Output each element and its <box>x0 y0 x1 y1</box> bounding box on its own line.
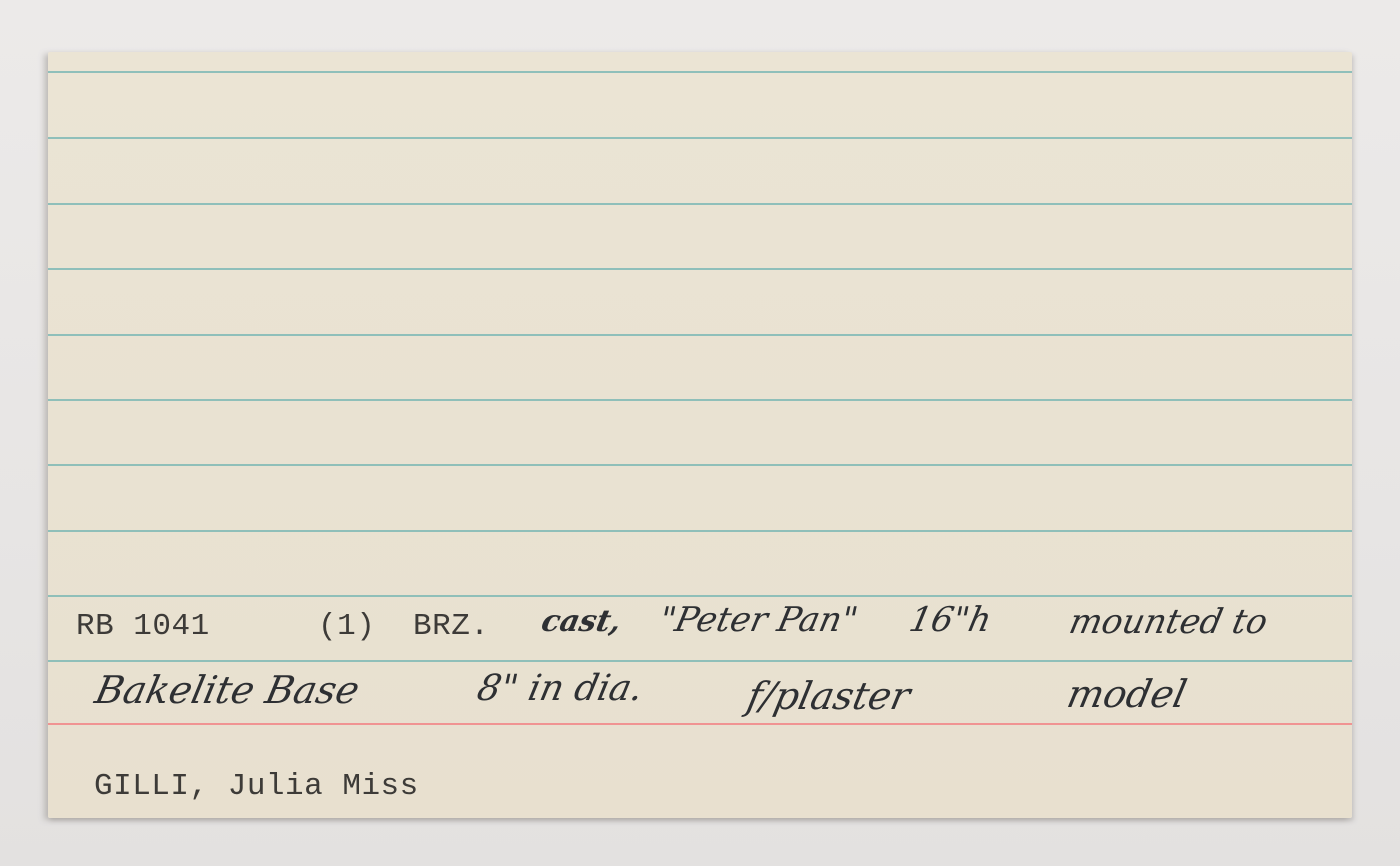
handwritten-height: 16"h <box>906 600 995 640</box>
handwritten-diameter: 8" in dia. <box>474 668 647 709</box>
ruled-line <box>48 660 1352 662</box>
ruled-line <box>48 530 1352 532</box>
ruled-line <box>48 203 1352 205</box>
handwritten-title: "Peter Pan" <box>656 600 862 640</box>
accession-number: RB 1041 <box>76 609 210 644</box>
handwritten-plaster: f/plaster <box>743 674 914 718</box>
ruled-line <box>48 464 1352 466</box>
ruled-line <box>48 268 1352 270</box>
artist-name: GILLI, Julia Miss <box>94 769 419 804</box>
handwritten-model: model <box>1063 672 1190 716</box>
index-card: RB 1041 (1) BRZ. cast, "Peter Pan" 16"h … <box>48 52 1352 818</box>
material: BRZ. <box>413 609 489 644</box>
ruled-line <box>48 595 1352 597</box>
handwritten-base: Bakelite Base <box>91 668 363 712</box>
handwritten-cast: cast, <box>538 604 624 639</box>
ruled-line <box>48 137 1352 139</box>
ruled-line <box>48 399 1352 401</box>
ruled-line <box>48 334 1352 336</box>
header-ruled-line <box>48 723 1352 725</box>
ruled-line <box>48 71 1352 73</box>
quantity: (1) <box>318 609 375 644</box>
handwritten-mounted: mounted to <box>1066 602 1272 642</box>
